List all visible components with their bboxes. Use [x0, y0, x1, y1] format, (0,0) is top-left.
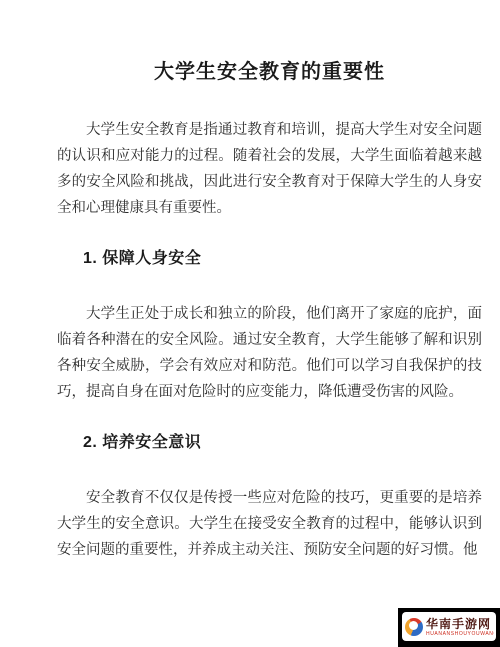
watermark-panel: 华南手游网 HUANANSHOUYOUWANG — [402, 612, 496, 641]
document-page: { "page": { "background": "#ffffff" }, "… — [0, 0, 500, 647]
site-name-pinyin: HUANANSHOUYOUWANG — [426, 631, 494, 637]
text-line: 安全问题的重要性，并养成主动关注、预防安全问题的好习惯。他 — [57, 537, 482, 563]
section-heading: 2. 培养安全意识 — [83, 431, 482, 455]
article-body: 大学生安全教育是指通过教育和培训，提高大学生对安全问题的认识和应对能力的过程。随… — [57, 117, 482, 563]
text-line: 大学生的安全意识。大学生在接受安全教育的过程中，能够认识到 — [57, 511, 482, 537]
site-name: 华南手游网 — [426, 617, 494, 631]
watermark-text: 华南手游网 HUANANSHOUYOUWANG — [426, 617, 494, 637]
text-line: 安全教育不仅仅是传授一些应对危险的技巧，更重要的是培养 — [57, 485, 482, 511]
text-line: 的认识和应对能力的过程。随着社会的发展，大学生面临着越来越 — [57, 143, 482, 169]
text-line: 临着各种潜在的安全风险。通过安全教育，大学生能够了解和识别 — [57, 327, 482, 353]
site-logo-icon — [405, 618, 423, 636]
article-title: 大学生安全教育的重要性 — [57, 58, 482, 87]
section-heading: 1. 保障人身安全 — [83, 247, 482, 271]
site-watermark: 华南手游网 HUANANSHOUYOUWANG — [398, 608, 500, 647]
paragraph: 大学生安全教育是指通过教育和培训，提高大学生对安全问题的认识和应对能力的过程。随… — [57, 117, 482, 221]
text-line: 多的安全风险和挑战，因此进行安全教育对于保障大学生的人身安 — [57, 169, 482, 195]
article: 大学生安全教育的重要性 大学生安全教育是指通过教育和培训，提高大学生对安全问题的… — [57, 0, 482, 563]
paragraph: 安全教育不仅仅是传授一些应对危险的技巧，更重要的是培养大学生的安全意识。大学生在… — [57, 485, 482, 563]
text-line: 大学生安全教育是指通过教育和培训，提高大学生对安全问题 — [57, 117, 482, 143]
text-line: 全和心理健康具有重要性。 — [57, 195, 482, 221]
paragraph: 大学生正处于成长和独立的阶段，他们离开了家庭的庇护，面临着各种潜在的安全风险。通… — [57, 301, 482, 405]
text-line: 大学生正处于成长和独立的阶段，他们离开了家庭的庇护，面 — [57, 301, 482, 327]
text-line: 各种安全威胁，学会有效应对和防范。他们可以学习自我保护的技 — [57, 353, 482, 379]
text-line: 巧，提高自身在面对危险时的应变能力，降低遭受伤害的风险。 — [57, 379, 482, 405]
